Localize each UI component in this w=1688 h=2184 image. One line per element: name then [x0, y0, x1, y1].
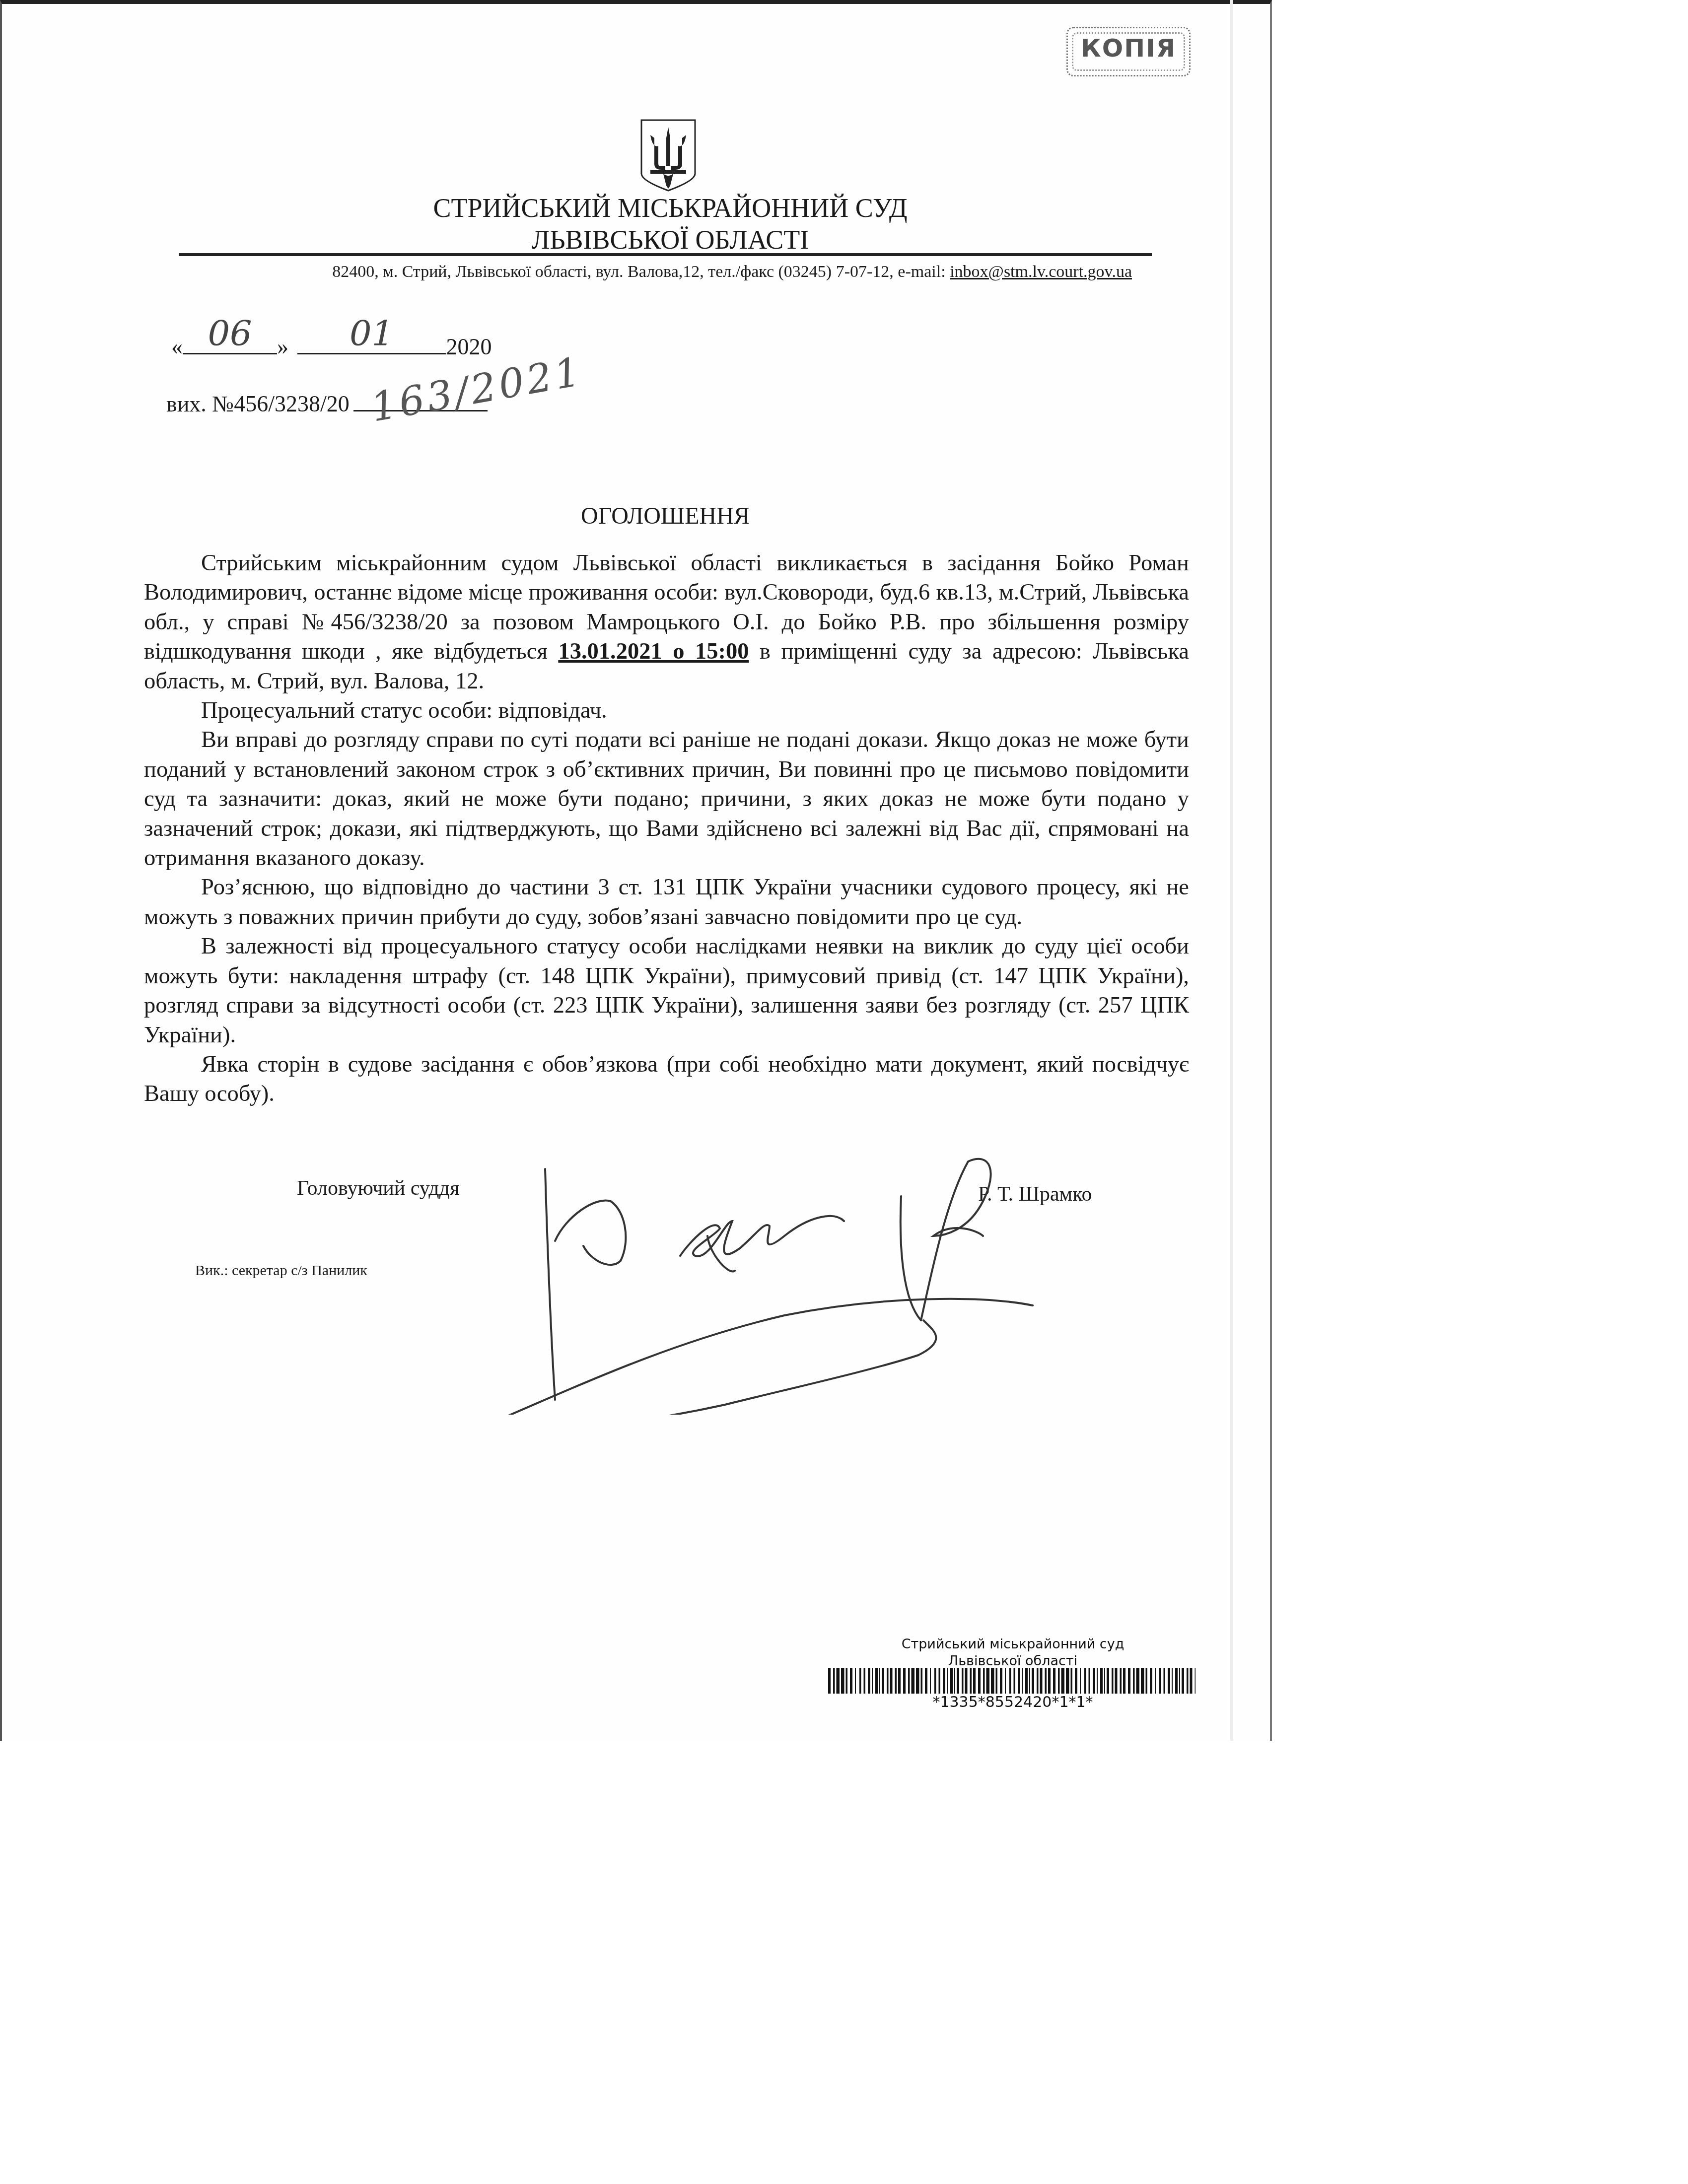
barcode-number: *1335*8552420*1*1*: [819, 1694, 1206, 1711]
registration-date: «06» 012020: [171, 330, 492, 361]
handwritten-month: 01: [297, 316, 446, 351]
paragraph-attendance: Явка сторін в судове засідання є обов’яз…: [144, 1050, 1189, 1109]
paragraph-notice: Роз’яснюю, що відповідно до частини 3 ст…: [144, 873, 1189, 932]
document-body: Стрийським міськрайонним судом Львівсько…: [144, 548, 1189, 1109]
coat-of-arms-trident-icon: [639, 118, 697, 193]
month-blank: 01: [297, 330, 446, 354]
barcode-court-line2: Львівської області: [819, 1653, 1206, 1670]
hearing-datetime: 13.01.2021 о 15:00: [558, 639, 749, 664]
barcode-icon: [828, 1668, 1196, 1694]
paragraph-evidence: Ви вправі до розгляду справи по суті под…: [144, 725, 1189, 873]
handwritten-day: 06: [183, 316, 277, 351]
year: 2020: [446, 334, 492, 359]
paragraph-status: Процесуальний статус особи: відповідач.: [144, 696, 1189, 725]
court-name-line1: СТРИЙСЬКИЙ МІСЬКРАЙОННИЙ СУД: [348, 193, 993, 223]
document-title: ОГОЛОШЕННЯ: [0, 501, 1331, 531]
copy-stamp: КОПІЯ: [1066, 27, 1191, 76]
copy-stamp-label: КОПІЯ: [1081, 34, 1176, 63]
close-quote: »: [277, 334, 288, 359]
court-name-line2: ЛЬВІВСЬКОЇ ОБЛАСТІ: [348, 224, 993, 255]
handwritten-signature: [189, 1142, 1132, 1415]
address-text: 82400, м. Стрий, Львівської області, вул…: [332, 263, 950, 281]
outgoing-prefix: вих. №456/3238/20: [166, 391, 350, 416]
court-address: 82400, м. Стрий, Львівської області, вул…: [199, 261, 1132, 283]
barcode-court-label: Стрийський міськрайонний суд Львівської …: [819, 1636, 1206, 1670]
day-blank: 06: [183, 330, 277, 354]
paragraph-summons: Стрийським міськрайонним судом Львівсько…: [144, 548, 1189, 696]
paragraph-consequences: В залежності від процесуального статусу …: [144, 932, 1189, 1050]
header-divider: [179, 253, 1152, 256]
open-quote: «: [171, 334, 183, 359]
barcode-court-line1: Стрийський міськрайонний суд: [819, 1636, 1206, 1653]
scan-edge-strip: [1230, 0, 1233, 1741]
email-link[interactable]: inbox@stm.lv.court.gov.ua: [950, 263, 1132, 281]
